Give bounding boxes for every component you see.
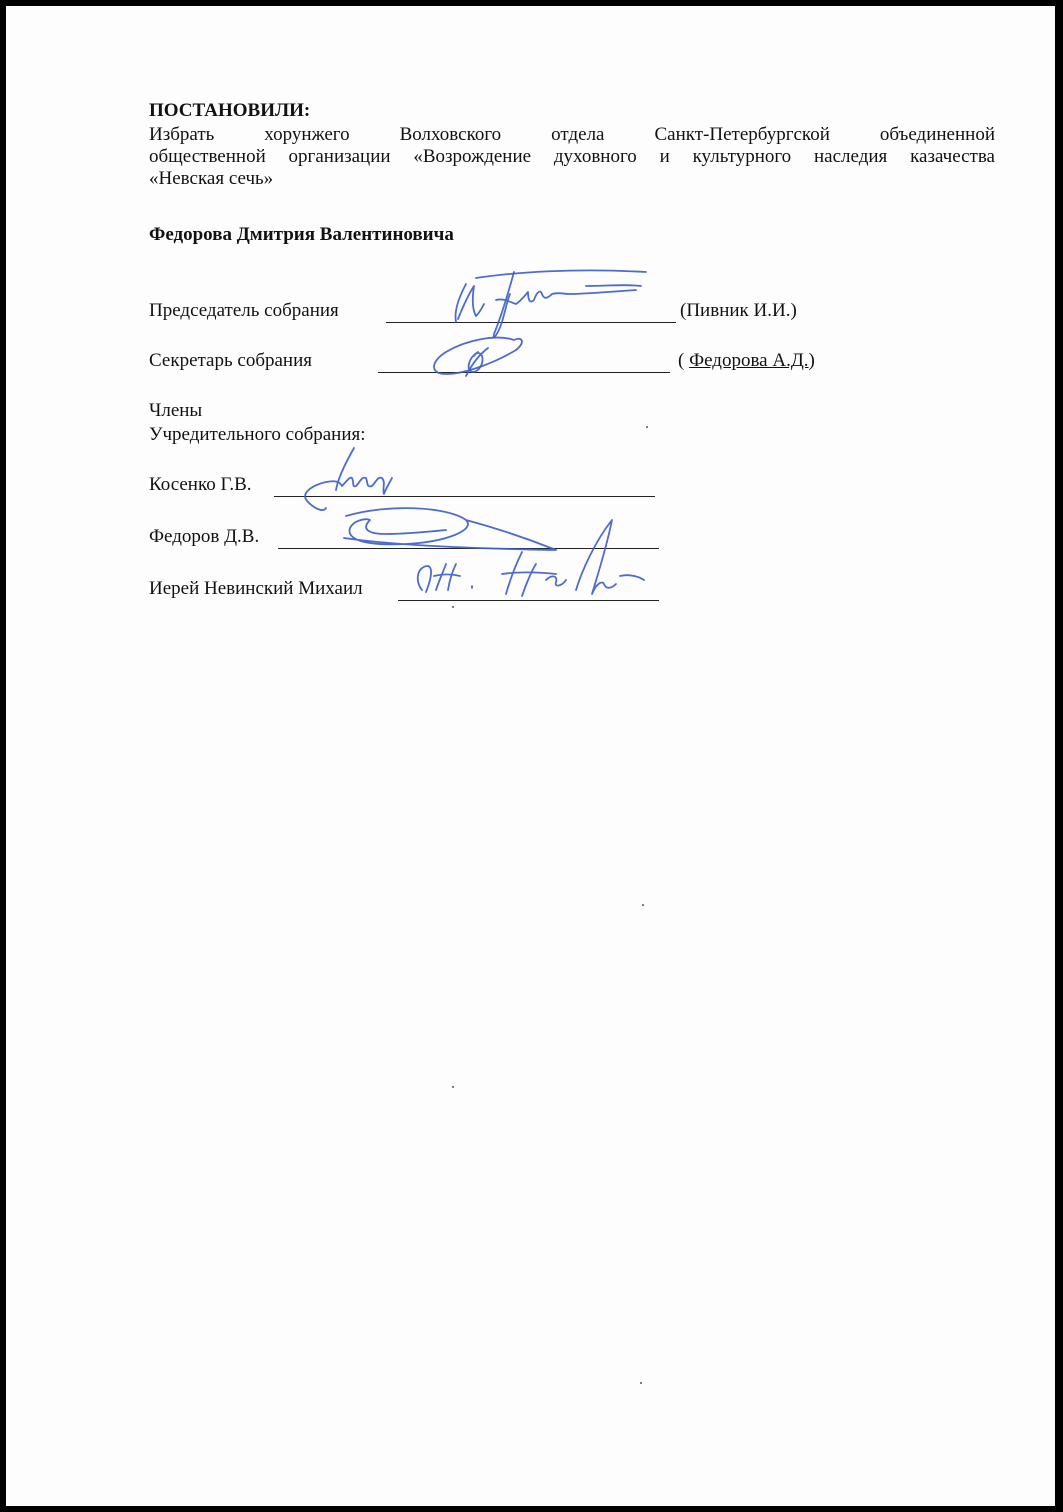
resolution-text-line-2: общественной организации «Возрождение ду…: [149, 146, 995, 168]
members-label-line-1: Члены: [149, 400, 202, 422]
member-name-2: Федоров Д.В.: [149, 526, 259, 548]
secretary-role-label: Секретарь собрания: [149, 350, 312, 372]
chairman-name: (Пивник И.И.): [680, 300, 797, 322]
scan-speck: [640, 1382, 642, 1384]
resolution-heading: ПОСТАНОВИЛИ:: [149, 100, 310, 122]
scan-speck: [642, 904, 644, 906]
member-name-1: Косенко Г.В.: [149, 474, 252, 496]
secretary-name: Федорова А.Д.: [689, 350, 808, 371]
document-page: ПОСТАНОВИЛИ: Избрать хорунжего Волховско…: [6, 6, 1055, 1506]
secretary-signature-icon: [426, 332, 536, 382]
elected-person-name: Федорова Дмитрия Валентиновича: [149, 224, 454, 246]
chairman-role-label: Председатель собрания: [149, 300, 339, 322]
member-name-3: Иерей Невинский Михаил: [149, 578, 363, 600]
scan-speck: [452, 606, 454, 608]
secretary-name-wrapper: ( Федорова А.Д.): [678, 350, 815, 372]
member-signature-line-3: [398, 600, 659, 601]
member-3-signature-icon: [406, 510, 646, 600]
scan-speck: [646, 426, 648, 428]
resolution-text-line-1: Избрать хорунжего Волховского отдела Сан…: [149, 124, 995, 146]
resolution-text: Избрать хорунжего Волховского отдела Сан…: [149, 124, 995, 190]
secretary-name-suffix: ): [809, 350, 815, 371]
resolution-text-line-3: «Невская сечь»: [149, 168, 995, 190]
scan-speck: [452, 1086, 454, 1088]
secretary-name-prefix: (: [678, 350, 689, 371]
